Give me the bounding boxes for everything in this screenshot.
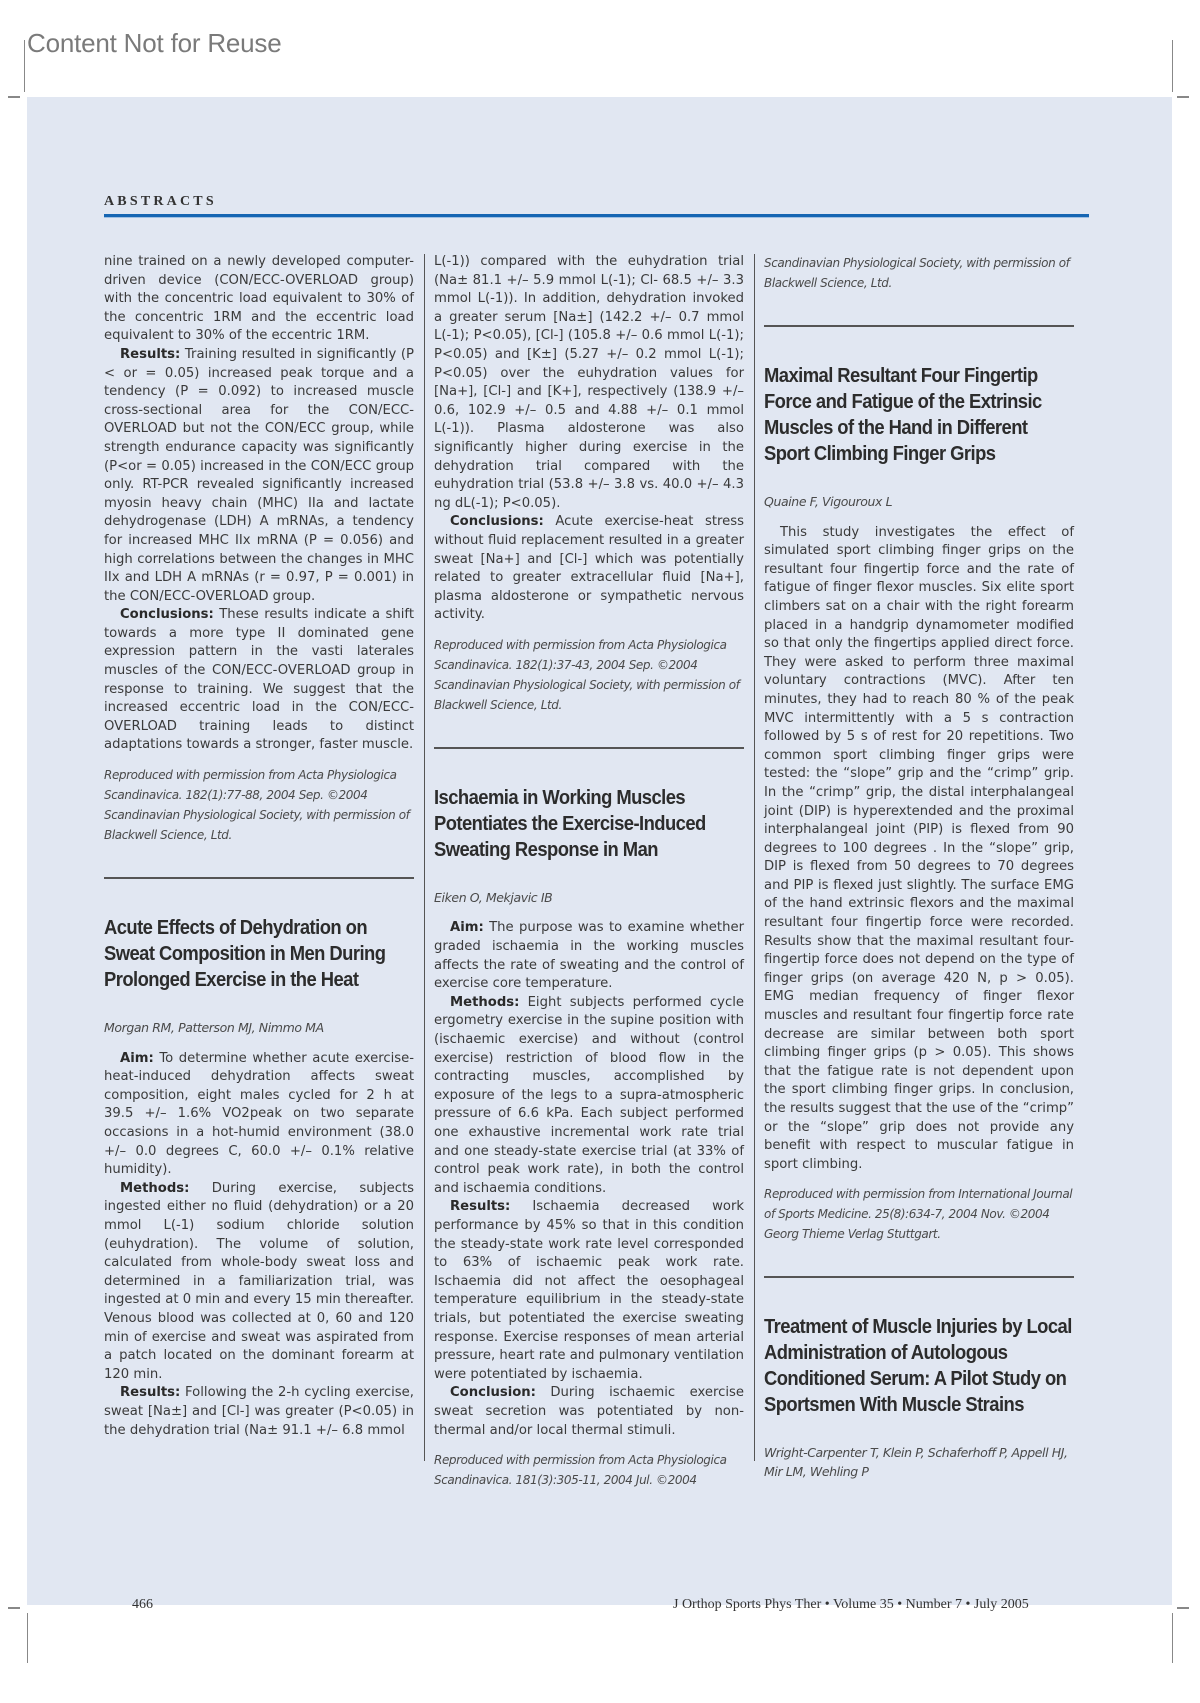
ischaemia-results: Results: Ischaemia decreased work perfor… (434, 1198, 744, 1384)
column-divider-1 (424, 254, 425, 1461)
watermark: Content Not for Reuse (27, 28, 282, 59)
crop-mark-top-right-v (1172, 40, 1173, 92)
article-title-ischaemia: Ischaemia in Working Muscles Potentiates… (434, 785, 747, 863)
article-continued-conclusions: Conclusions: These results indicate a sh… (104, 606, 414, 755)
article-separator (104, 877, 414, 879)
column-3: Scandinavian Physiological Society, with… (764, 253, 1074, 1494)
journal-page: ABSTRACTS nine trained on a newly develo… (27, 97, 1172, 1605)
crop-mark-top-left-v (24, 40, 25, 92)
crop-mark-top-left-h (8, 96, 20, 98)
column-divider-2 (754, 254, 755, 1461)
article-continued-credit: Reproduced with permission from Acta Phy… (104, 765, 414, 845)
article-authors-ischaemia: Eiken O, Mekjavic IB (434, 889, 744, 908)
section-label: ABSTRACTS (104, 194, 217, 210)
ischaemia-conclusion: Conclusion: During ischaemic exercise sw… (434, 1384, 744, 1440)
article-separator (764, 1276, 1074, 1278)
article-title-fingertip: Maximal Resultant Four Fingertip Force a… (764, 363, 1077, 467)
article-separator (434, 747, 744, 749)
article-authors-dehydration: Morgan RM, Patterson MJ, Nimmo MA (104, 1019, 414, 1038)
ischaemia-credit-part2: Scandinavian Physiological Society, with… (764, 253, 1074, 293)
crop-mark-bottom-right-h (1177, 1607, 1189, 1609)
dehydration-methods: Methods: During exercise, subjects inges… (104, 1180, 414, 1385)
ischaemia-aim: Aim: The purpose was to examine whether … (434, 919, 744, 993)
article-separator (764, 325, 1074, 327)
article-title-dehydration: Acute Effects of Dehydration on Sweat Co… (104, 915, 417, 993)
article-title-muscle-injuries: Treatment of Muscle Injuries by Local Ad… (764, 1314, 1077, 1418)
column-1: nine trained on a newly developed comput… (104, 253, 414, 1440)
dehydration-credit: Reproduced with permission from Acta Phy… (434, 635, 744, 715)
article-continued-results: Results: Training resulted in significan… (104, 346, 414, 606)
dehydration-aim: Aim: To determine whether acute exercise… (104, 1050, 414, 1180)
column-2: L(-1)) compared with the euhydration tri… (434, 253, 744, 1490)
fingertip-body: This study investigates the effect of si… (764, 524, 1074, 1175)
ischaemia-methods: Methods: Eight subjects performed cycle … (434, 994, 744, 1199)
crop-mark-top-right-h (1177, 96, 1189, 98)
ischaemia-credit-part1: Reproduced with permission from Acta Phy… (434, 1450, 744, 1490)
section-rule (104, 214, 1089, 217)
article-authors-fingertip: Quaine F, Vigouroux L (764, 493, 1074, 512)
article-continued-methods: nine trained on a newly developed comput… (104, 253, 414, 346)
journal-citation-footer: J Orthop Sports Phys Ther • Volume 35 • … (673, 1597, 1029, 1613)
dehydration-results-part1: Results: Following the 2-h cycling exerc… (104, 1384, 414, 1440)
article-authors-muscle-injuries: Wright-Carpenter T, Klein P, Schaferhoff… (764, 1444, 1074, 1481)
dehydration-results-part2: L(-1)) compared with the euhydration tri… (434, 253, 744, 513)
crop-mark-bottom-left-h (8, 1607, 20, 1609)
crop-mark-bottom-right-v (1172, 1613, 1173, 1663)
dehydration-conclusions: Conclusions: Acute exercise-heat stress … (434, 513, 744, 625)
fingertip-credit: Reproduced with permission from Internat… (764, 1184, 1074, 1244)
crop-mark-bottom-left-v (27, 1613, 28, 1663)
page-number: 466 (132, 1597, 153, 1613)
